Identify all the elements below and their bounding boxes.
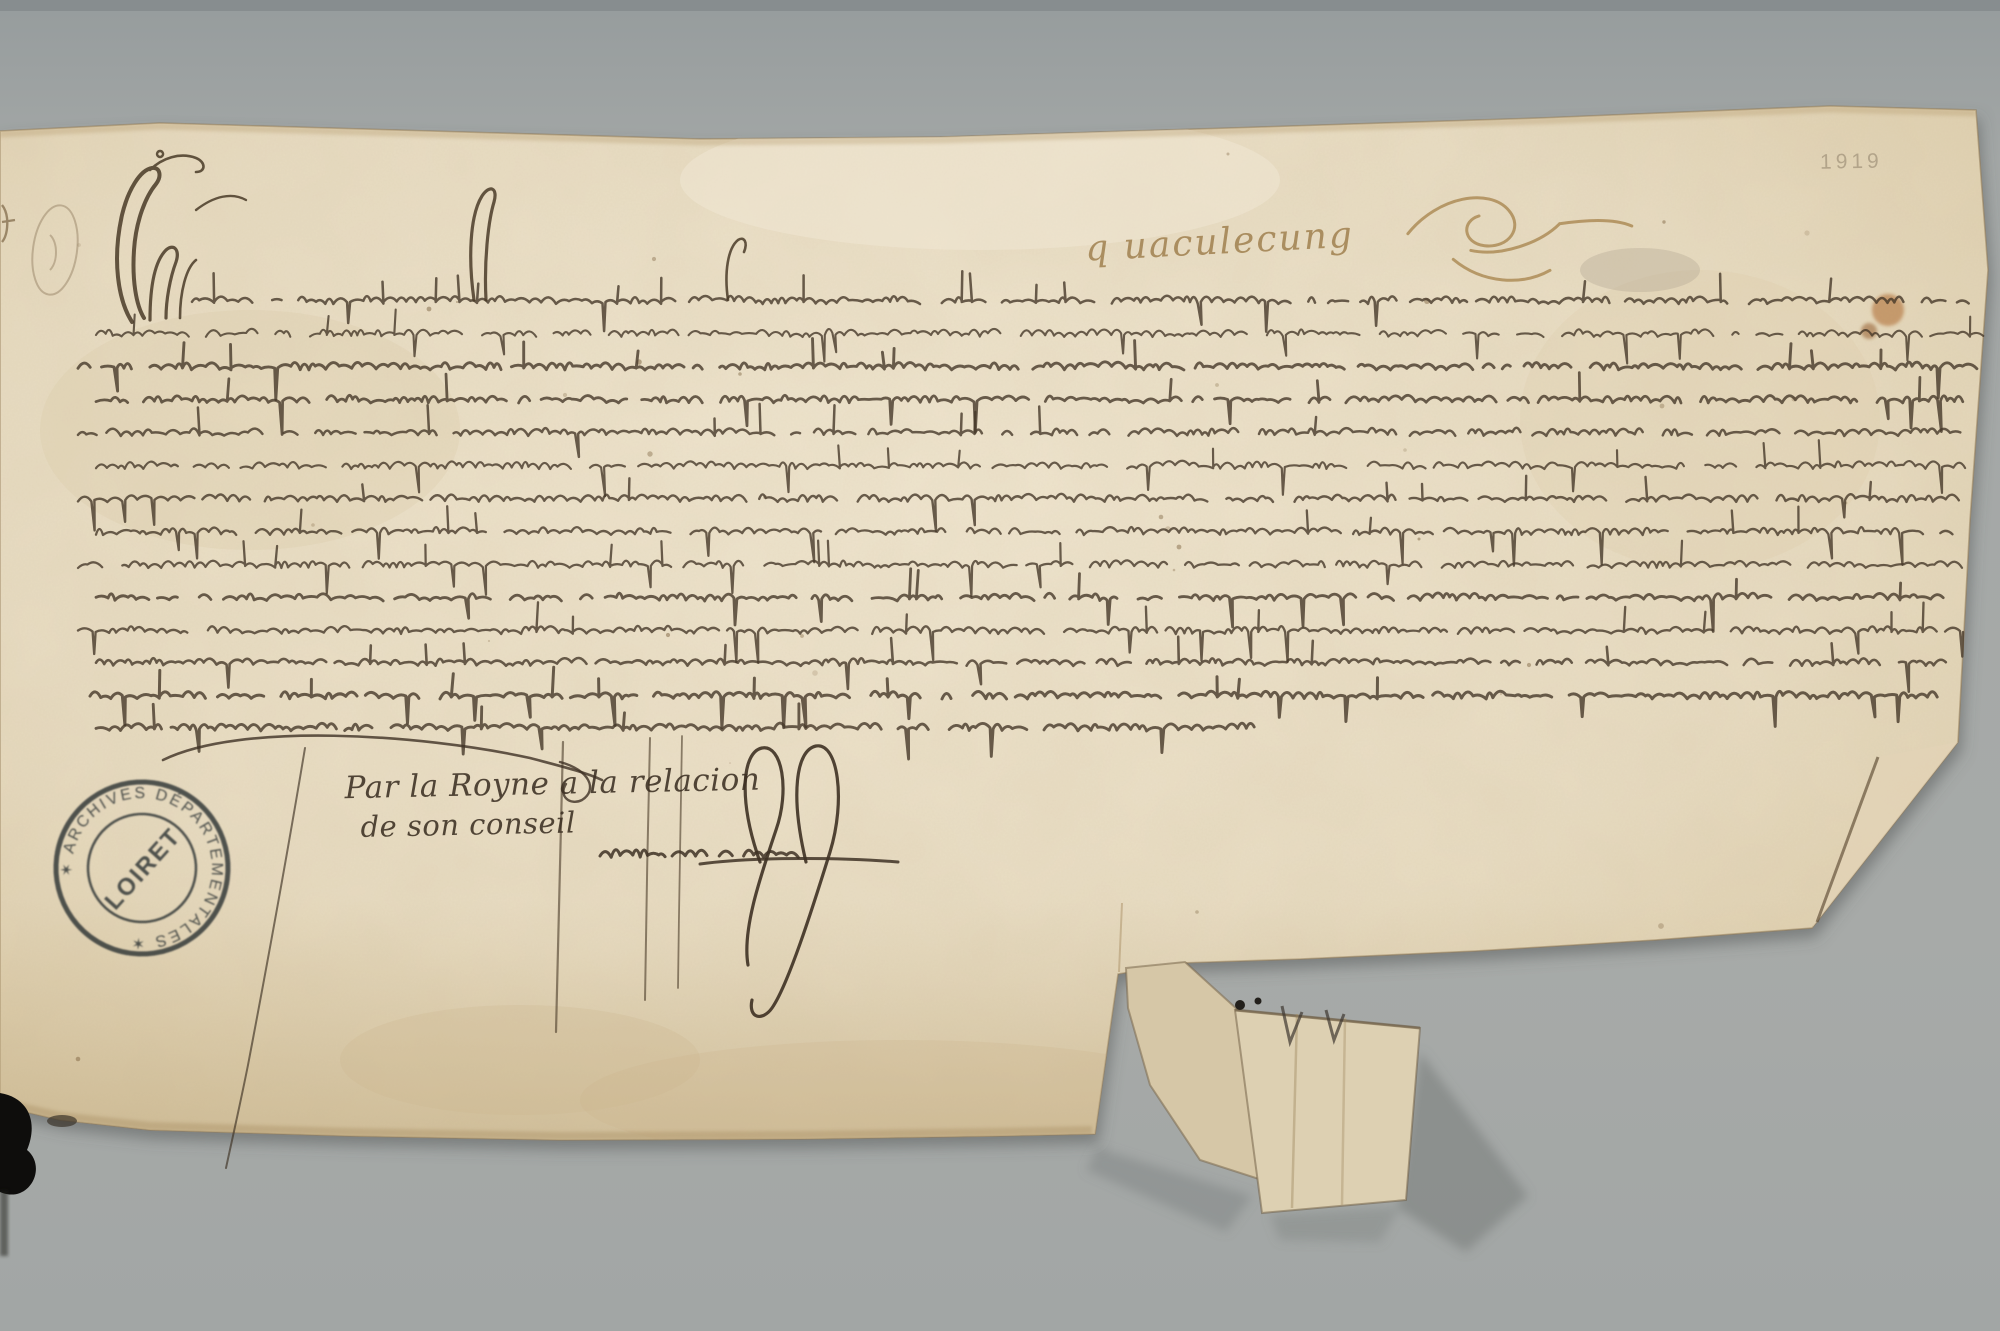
- pencil-number: 1919: [1820, 150, 1883, 174]
- parchment-speck: [800, 634, 804, 638]
- parchment-speck: [488, 640, 490, 642]
- parchment-speck: [1500, 693, 1502, 695]
- parchment-speck: [666, 633, 670, 637]
- parchment-speck: [456, 301, 458, 303]
- seal-tag-folded: [1235, 998, 1420, 1214]
- parchment-speck: [427, 307, 432, 312]
- parchment-speck: [563, 393, 567, 397]
- parchment-speck: [1662, 220, 1665, 223]
- parchment-speck: [311, 523, 315, 527]
- parchment-speck: [812, 670, 818, 676]
- parchment-speck: [76, 1057, 81, 1062]
- parchment-speck: [738, 372, 742, 376]
- parchment-speck: [1403, 448, 1407, 452]
- parchment-speck: [1173, 569, 1176, 572]
- parchment-speck: [1159, 515, 1164, 520]
- parchment-speck: [647, 451, 652, 456]
- charter-scene: Par la Royne a la relacion de son consei…: [0, 0, 2000, 1331]
- parchment-speck: [1418, 538, 1421, 541]
- parchment-speck: [1177, 545, 1182, 550]
- parchment-speck: [652, 257, 656, 261]
- parchment-speck: [1527, 663, 1531, 667]
- rust-stain: [1872, 294, 1904, 326]
- parchment-speck: [1804, 230, 1809, 235]
- parchment-speck: [1658, 923, 1664, 929]
- parchment-speck: [1195, 910, 1199, 914]
- parchment-speck: [1215, 383, 1219, 387]
- parchment-speck: [1227, 153, 1230, 156]
- subscription-line-2: de son conseil: [360, 805, 576, 843]
- photo-of-parchment-charter: Par la Royne a la relacion de son consei…: [0, 0, 2000, 1331]
- parchment-speck: [1660, 404, 1665, 409]
- background-top-strip: [0, 0, 2000, 11]
